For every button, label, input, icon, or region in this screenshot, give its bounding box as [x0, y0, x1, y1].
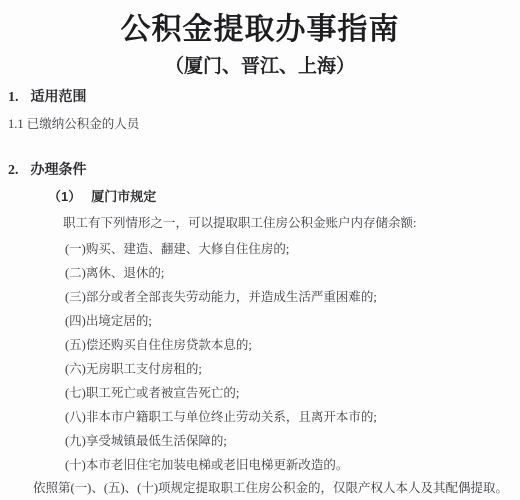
condition-item-7: (七)职工死亡或者被宣告死亡的; — [65, 386, 239, 401]
document-title: 公积金提取办事指南 — [0, 12, 520, 48]
condition-item-4: (四)出境定居的; — [65, 314, 152, 329]
condition-item-3: (三)部分或者全部丧失劳动能力，并造成生活严重困难的; — [65, 290, 377, 305]
section-2-heading: 2.办理条件 — [8, 161, 87, 180]
section-1-body: 1.1 已缴纳公积金的人员 — [8, 117, 139, 132]
section-2-title: 办理条件 — [31, 161, 87, 177]
condition-item-1: (一)购买、建造、翻建、大修自住住房的; — [65, 242, 289, 257]
condition-item-5: (五)偿还购买自住住房贷款本息的; — [65, 338, 252, 353]
condition-item-2: (二)离休、退休的; — [65, 266, 164, 281]
condition-item-9: (九)享受城镇最低生活保障的; — [65, 434, 227, 449]
conditions-intro: 职工有下列情形之一，可以提取职工住房公积金账户内存储余额: — [63, 216, 416, 231]
condition-item-10: (十)本市老旧住宅加装电梯或老旧电梯更新改造的。 — [65, 458, 348, 473]
conditions-note: 依照第(一)、(五)、(十)项规定提取职工住房公积金的，仅限产权人本人及其配偶提… — [33, 481, 508, 496]
condition-item-8: (八)非本市户籍职工与单位终止劳动关系，且离开本市的; — [65, 410, 377, 425]
document-subtitle: （厦门、晋江、上海） — [0, 56, 520, 79]
section-2-number: 2. — [8, 163, 19, 180]
section-1-title: 适用范围 — [31, 88, 87, 104]
subsection-xiamen-heading: （1）厦门市规定 — [48, 189, 156, 205]
subsection-title: 厦门市规定 — [91, 189, 156, 204]
document-page: 公积金提取办事指南 （厦门、晋江、上海） 1.适用范围 1.1 已缴纳公积金的人… — [0, 0, 520, 500]
subsection-number: （1） — [48, 189, 81, 205]
condition-item-6: (六)无房职工支付房租的; — [65, 362, 202, 377]
section-1-heading: 1.适用范围 — [8, 88, 87, 107]
section-1-number: 1. — [8, 90, 19, 107]
